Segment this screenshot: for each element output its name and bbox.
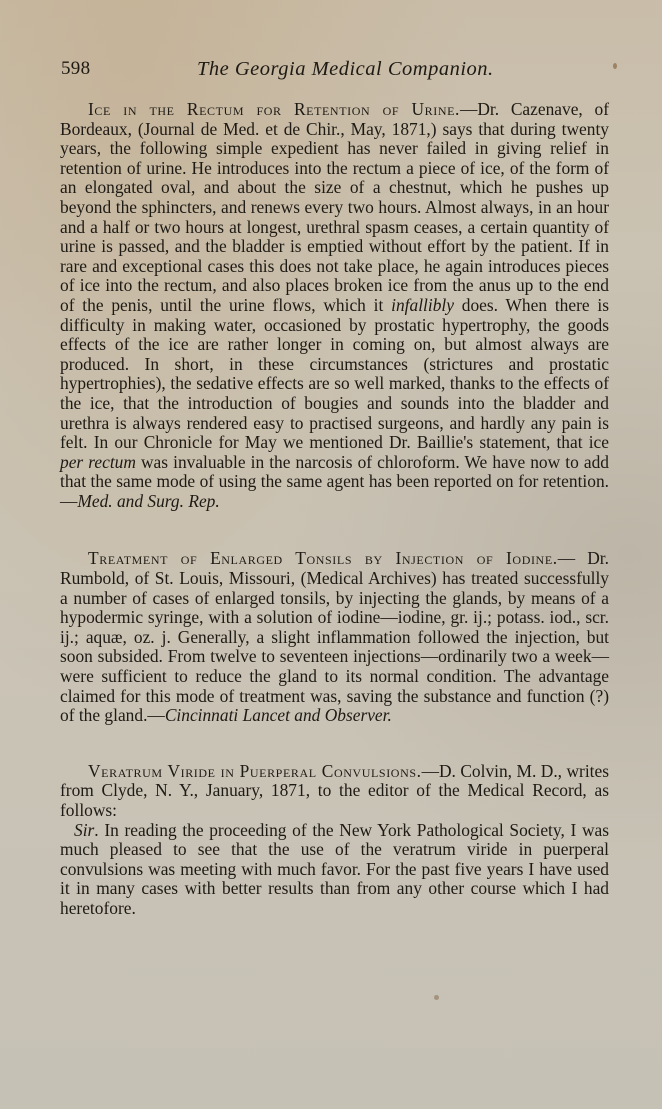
- article-title: Veratrum Viride in Puerperal Convulsions…: [88, 761, 422, 781]
- letter-paragraph: Sir. In reading the proceeding of the Ne…: [60, 821, 609, 919]
- running-head: 598 The Georgia Medical Companion.: [61, 58, 591, 84]
- article-enlarged-tonsils: Treatment of Enlarged Tonsils by Injecti…: [60, 549, 609, 725]
- text-segment: —Dr. Cazenave, of Bordeaux, (Journal de …: [60, 99, 609, 315]
- article-paragraph: Ice in the Rectum for Retention of Urine…: [60, 100, 609, 511]
- section-gap: [60, 726, 609, 762]
- text-segment: does. When there is difficulty in making…: [60, 295, 609, 452]
- italic-emphasis: per rectum: [60, 452, 136, 472]
- salutation: Sir: [74, 820, 94, 840]
- paper-stain: [613, 63, 617, 69]
- paper-stain: [434, 995, 439, 1000]
- body-text: Ice in the Rectum for Retention of Urine…: [60, 100, 609, 919]
- section-gap: [60, 511, 609, 549]
- article-paragraph: Veratrum Viride in Puerperal Convulsions…: [60, 762, 609, 821]
- text-segment: . In reading the proceeding of the New Y…: [60, 820, 609, 918]
- page-number: 598: [61, 58, 90, 80]
- article-veratrum-viride: Veratrum Viride in Puerperal Convulsions…: [60, 762, 609, 919]
- italic-emphasis: infallibly: [391, 295, 454, 315]
- article-title: Treatment of Enlarged Tonsils by Injecti…: [88, 548, 558, 568]
- source-citation: Med. and Surg. Rep.: [77, 491, 219, 511]
- article-paragraph: Treatment of Enlarged Tonsils by Injecti…: [60, 549, 609, 725]
- text-segment: — Dr. Rumbold, of St. Louis, Missouri, (…: [60, 548, 609, 725]
- source-citation: Cincinnati Lancet and Observer.: [165, 705, 392, 725]
- scanned-page: 598 The Georgia Medical Companion. Ice i…: [0, 0, 662, 1109]
- article-ice-in-rectum: Ice in the Rectum for Retention of Urine…: [60, 100, 609, 511]
- journal-title: The Georgia Medical Companion.: [197, 58, 494, 81]
- article-title: Ice in the Rectum for Retention of Urine…: [88, 99, 460, 119]
